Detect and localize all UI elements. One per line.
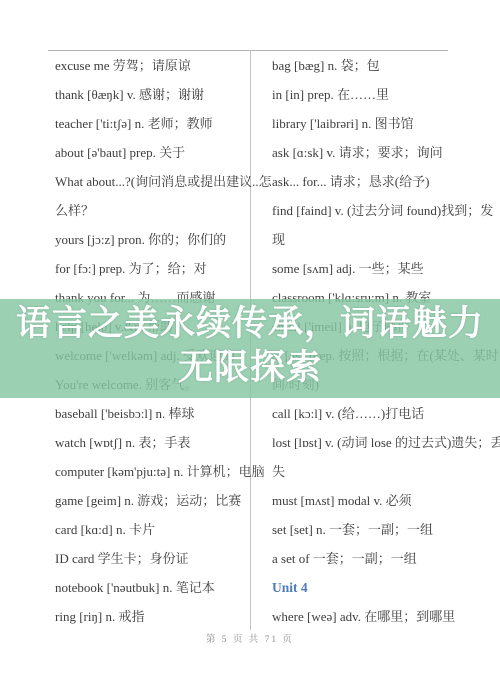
word-entry-line: bag [bæg] n. 袋；包 [272,51,480,80]
unit-heading: Unit 4 [272,573,480,602]
word-entry-line: call [kɔ:l] v. (给……)打电话 [272,399,480,428]
word-entry-line: 么样？ [55,196,251,225]
word-entry-line: in [in] prep. 在……里 [272,80,480,109]
word-entry-line: notebook ['nəutbuk] n. 笔记本 [55,573,251,602]
word-entry-line: 失 [272,457,480,486]
banner-line-1: 语言之美永续传承，词语魅力 [0,302,500,346]
word-entry-line: game [geim] n. 游戏；运动；比赛 [55,486,251,515]
word-entry-line: 现 [272,225,480,254]
word-entry-line: ask... for... 请求；恳求(给予) [272,167,480,196]
word-entry-line: card [kɑ:d] n. 卡片 [55,515,251,544]
word-entry-line: library ['laibrəri] n. 图书馆 [272,109,480,138]
word-entry-line: thank [θæŋk] v. 感谢；谢谢 [55,80,251,109]
word-entry-line: watch [wɒtʃ] n. 表；手表 [55,428,251,457]
word-entry-line: must [mʌst] modal v. 必须 [272,486,480,515]
word-entry-line: where [weə] adv. 在哪里；到哪里 [272,602,480,631]
word-entry-line: set [set] n. 一套；一副；一组 [272,515,480,544]
word-entry-line: teacher ['ti:tʃə] n. 老师；教师 [55,109,251,138]
page-footer: 第 5 页 共 71 页 [0,631,500,645]
word-entry-line: What about...?(询问消息或提出建议..怎 [55,167,251,196]
banner-line-2: 无限探索 [0,346,500,390]
watermark-banner: 语言之美永续传承，词语魅力 无限探索 [0,302,500,390]
word-entry-line: ring [riŋ] n. 戒指 [55,602,251,631]
word-entry-line: find [faind] v. (过去分词 found)找到；发 [272,196,480,225]
word-entry-line: some [sʌm] adj. 一些；某些 [272,254,480,283]
word-entry-line: baseball ['beisbɔ:l] n. 棒球 [55,399,251,428]
word-entry-line: a set of 一套；一副；一组 [272,544,480,573]
word-entry-line: excuse me 劳驾；请原谅 [55,51,251,80]
word-entry-line: yours [jɔ:z] pron. 你的；你们的 [55,225,251,254]
word-entry-line: ID card 学生卡；身份证 [55,544,251,573]
word-entry-line: ask [ɑ:sk] v. 请求；要求；询问 [272,138,480,167]
word-entry-line: computer [kəm'pju:tə] n. 计算机；电脑 [55,457,251,486]
word-entry-line: about [ə'baut] prep. 关于 [55,138,251,167]
word-entry-line: for [fɔ:] prep. 为了；给；对 [55,254,251,283]
vocabulary-page: excuse me 劳驾；请原谅thank [θæŋk] v. 感谢；谢谢tea… [0,0,500,692]
word-entry-line: lost [lɒst] v. (动词 lose 的过去式)遗失；丢 [272,428,480,457]
